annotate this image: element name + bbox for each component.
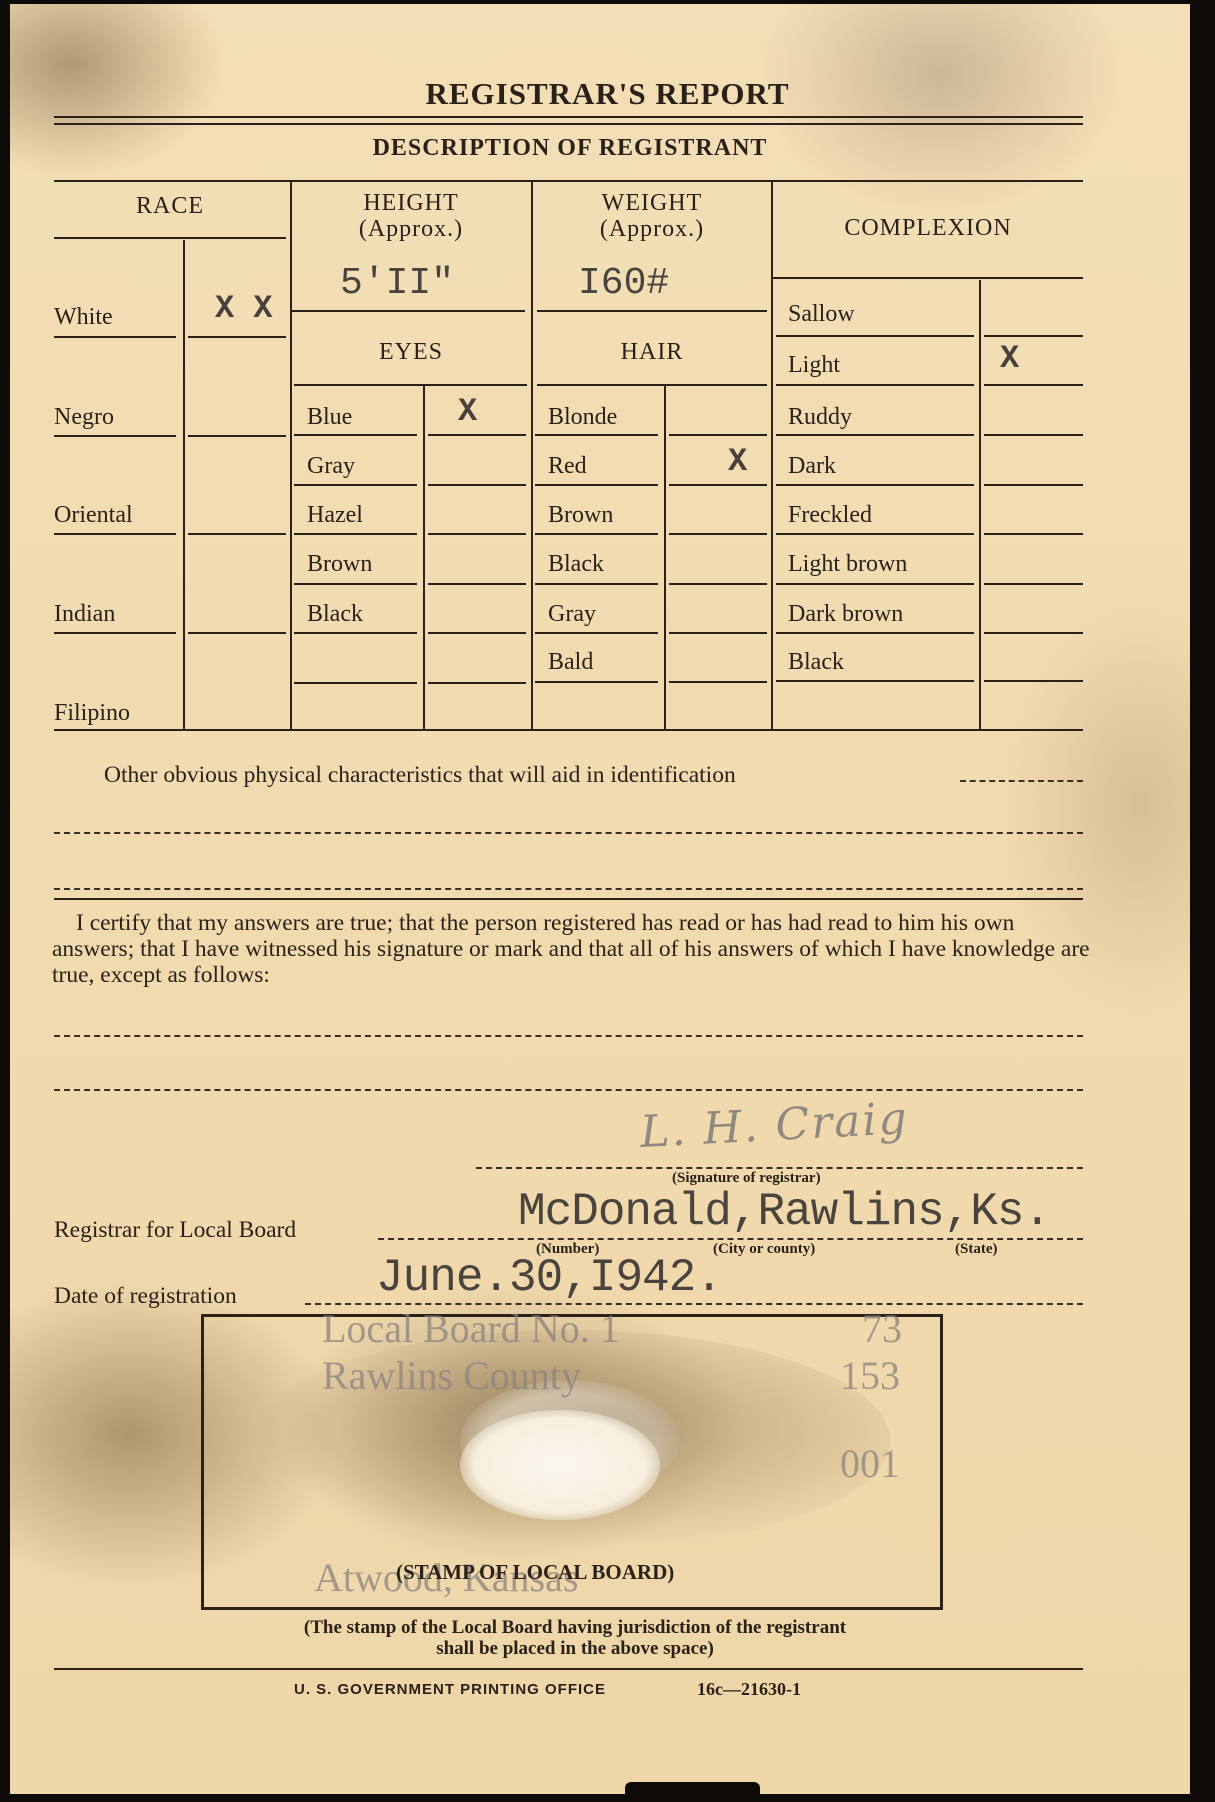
hair-option: Red — [548, 453, 587, 480]
row-rule — [776, 434, 974, 436]
row-rule — [984, 583, 1083, 585]
row-rule — [294, 434, 417, 436]
row-rule — [984, 335, 1083, 337]
date-label: Date of registration — [54, 1283, 237, 1309]
eyes-option: Brown — [307, 551, 372, 578]
row-rule — [669, 434, 767, 436]
complexion-option: Sallow — [788, 301, 855, 328]
stamp-line-county: Rawlins County — [322, 1352, 581, 1399]
col-divider — [290, 180, 292, 730]
row-rule — [535, 632, 658, 634]
exceptions-line-2[interactable] — [54, 1089, 1083, 1091]
date-value: June.30,I942. — [376, 1252, 722, 1304]
row-rule — [294, 583, 417, 585]
col-divider — [771, 180, 773, 730]
row-rule — [294, 484, 417, 486]
row-rule — [984, 632, 1083, 634]
complexion-header: COMPLEXION — [773, 215, 1083, 241]
row-rule — [428, 632, 526, 634]
certification-text: I certify that my answers are true; that… — [52, 910, 1092, 988]
eyes-header: EYES — [292, 339, 530, 365]
height-label: HEIGHT — [292, 190, 530, 216]
height-header: HEIGHT (Approx.) — [292, 190, 530, 242]
row-rule — [669, 484, 767, 486]
race-white-mark: X X — [215, 290, 273, 327]
exceptions-line-1[interactable] — [54, 1035, 1083, 1037]
stamp-number-73: 73 — [862, 1305, 902, 1352]
other-characteristics-label: Other obvious physical characteristics t… — [104, 762, 736, 788]
row-rule — [535, 533, 658, 535]
row-rule — [188, 336, 286, 338]
page-title: REGISTRAR'S REPORT — [0, 76, 1215, 112]
row-rule — [669, 681, 767, 683]
stamp-note-line-1: (The stamp of the Local Board having jur… — [190, 1617, 960, 1638]
eyes-blue-mark: X — [458, 393, 477, 430]
eyes-option: Gray — [307, 453, 355, 480]
complexion-header-rule — [773, 277, 1083, 279]
height-sublabel: (Approx.) — [292, 216, 530, 242]
hair-header-rule — [537, 384, 767, 386]
hair-option: Bald — [548, 649, 593, 676]
height-value: 5'II" — [340, 262, 454, 305]
hair-option: Blonde — [548, 404, 617, 431]
row-rule — [428, 484, 526, 486]
complexion-light-mark: X — [1000, 340, 1019, 377]
paper-tear — [625, 1782, 760, 1802]
row-rule — [776, 335, 974, 337]
col-divider — [531, 180, 533, 730]
row-rule — [535, 681, 658, 683]
signature-caption: (Signature of registrar) — [672, 1170, 821, 1187]
row-rule — [669, 583, 767, 585]
row-rule — [294, 533, 417, 535]
complexion-option: Light — [788, 352, 840, 379]
eyes-option: Hazel — [307, 502, 363, 529]
race-option-negro: Negro — [54, 404, 114, 431]
footer-printer: U. S. GOVERNMENT PRINTING OFFICE — [294, 1681, 606, 1698]
stamp-caption: (STAMP OF LOCAL BOARD) — [396, 1560, 674, 1585]
row-rule — [428, 533, 526, 535]
weight-value: I60# — [578, 262, 669, 305]
row-rule — [776, 583, 974, 585]
hair-header: HAIR — [533, 339, 771, 365]
table-top-rule — [54, 180, 1083, 182]
race-option-indian: Indian — [54, 601, 115, 628]
row-rule — [984, 533, 1083, 535]
title-rule-2 — [54, 123, 1083, 125]
eyes-header-rule — [294, 384, 527, 386]
row-rule — [188, 632, 286, 634]
row-rule — [535, 434, 658, 436]
weight-value-rule — [537, 310, 767, 312]
weight-header: WEIGHT (Approx.) — [533, 190, 771, 242]
complexion-option: Ruddy — [788, 404, 852, 431]
stamp-note-line-2: shall be placed in the above space) — [190, 1638, 960, 1659]
row-rule — [54, 632, 176, 634]
row-rule — [669, 533, 767, 535]
complexion-option: Dark — [788, 453, 836, 480]
row-rule — [428, 682, 526, 684]
row-rule — [188, 533, 286, 535]
race-option-white: White — [54, 304, 113, 331]
other-characteristics-field[interactable] — [960, 780, 1083, 782]
other-characteristics-line-3[interactable] — [54, 888, 1083, 890]
stamp-line-local-board: Local Board No. 1 — [322, 1305, 620, 1352]
stamp-number-153: 153 — [840, 1352, 900, 1399]
row-rule — [776, 680, 974, 682]
hair-option: Black — [548, 551, 604, 578]
height-value-rule — [292, 310, 525, 312]
eyes-option: Blue — [307, 404, 352, 431]
row-rule — [294, 632, 417, 634]
local-board-line[interactable] — [378, 1238, 1083, 1240]
row-rule — [669, 632, 767, 634]
row-rule — [188, 435, 286, 437]
race-option-filipino: Filipino — [54, 700, 130, 727]
footer-form-code: 16c—21630-1 — [697, 1679, 801, 1700]
stamp-number-001: 001 — [840, 1440, 900, 1487]
row-rule — [776, 632, 974, 634]
complexion-option: Black — [788, 649, 844, 676]
row-rule — [54, 336, 176, 338]
col-divider — [979, 280, 981, 730]
col-divider — [183, 240, 185, 730]
row-rule — [294, 682, 417, 684]
row-rule — [984, 484, 1083, 486]
row-rule — [54, 435, 176, 437]
hair-red-mark: X — [728, 443, 747, 480]
local-board-value: McDonald,Rawlins,Ks. — [518, 1186, 1050, 1238]
state-caption: (State) — [955, 1241, 997, 1258]
other-characteristics-line-2[interactable] — [54, 832, 1083, 834]
row-rule — [984, 434, 1083, 436]
local-board-label: Registrar for Local Board — [54, 1217, 296, 1243]
complexion-option: Freckled — [788, 502, 872, 529]
row-rule — [54, 533, 176, 535]
hair-option: Brown — [548, 502, 613, 529]
weight-label: WEIGHT — [533, 190, 771, 216]
row-rule — [984, 384, 1083, 386]
hair-option: Gray — [548, 601, 596, 628]
complexion-option: Light brown — [788, 551, 907, 578]
row-rule — [428, 583, 526, 585]
footer-rule — [54, 1668, 1083, 1670]
city-caption: (City or county) — [713, 1241, 815, 1258]
race-header-rule — [54, 237, 286, 239]
row-rule — [776, 484, 974, 486]
stamp-hole — [460, 1410, 660, 1520]
row-rule — [776, 533, 974, 535]
section-rule — [54, 898, 1083, 900]
stamp-note: (The stamp of the Local Board having jur… — [190, 1617, 960, 1659]
row-rule — [776, 384, 974, 386]
col-divider — [664, 385, 666, 730]
table-bottom-rule — [54, 729, 1083, 731]
row-rule — [535, 484, 658, 486]
section-title: DESCRIPTION OF REGISTRANT — [0, 135, 1140, 162]
title-rule-1 — [54, 116, 1083, 118]
row-rule — [535, 583, 658, 585]
eyes-option: Black — [307, 601, 363, 628]
race-header: RACE — [54, 193, 286, 219]
row-rule — [428, 434, 526, 436]
weight-sublabel: (Approx.) — [533, 216, 771, 242]
signature-line[interactable] — [476, 1167, 1083, 1169]
race-option-oriental: Oriental — [54, 502, 133, 529]
row-rule — [984, 680, 1083, 682]
col-divider — [423, 385, 425, 730]
complexion-option: Dark brown — [788, 601, 903, 628]
